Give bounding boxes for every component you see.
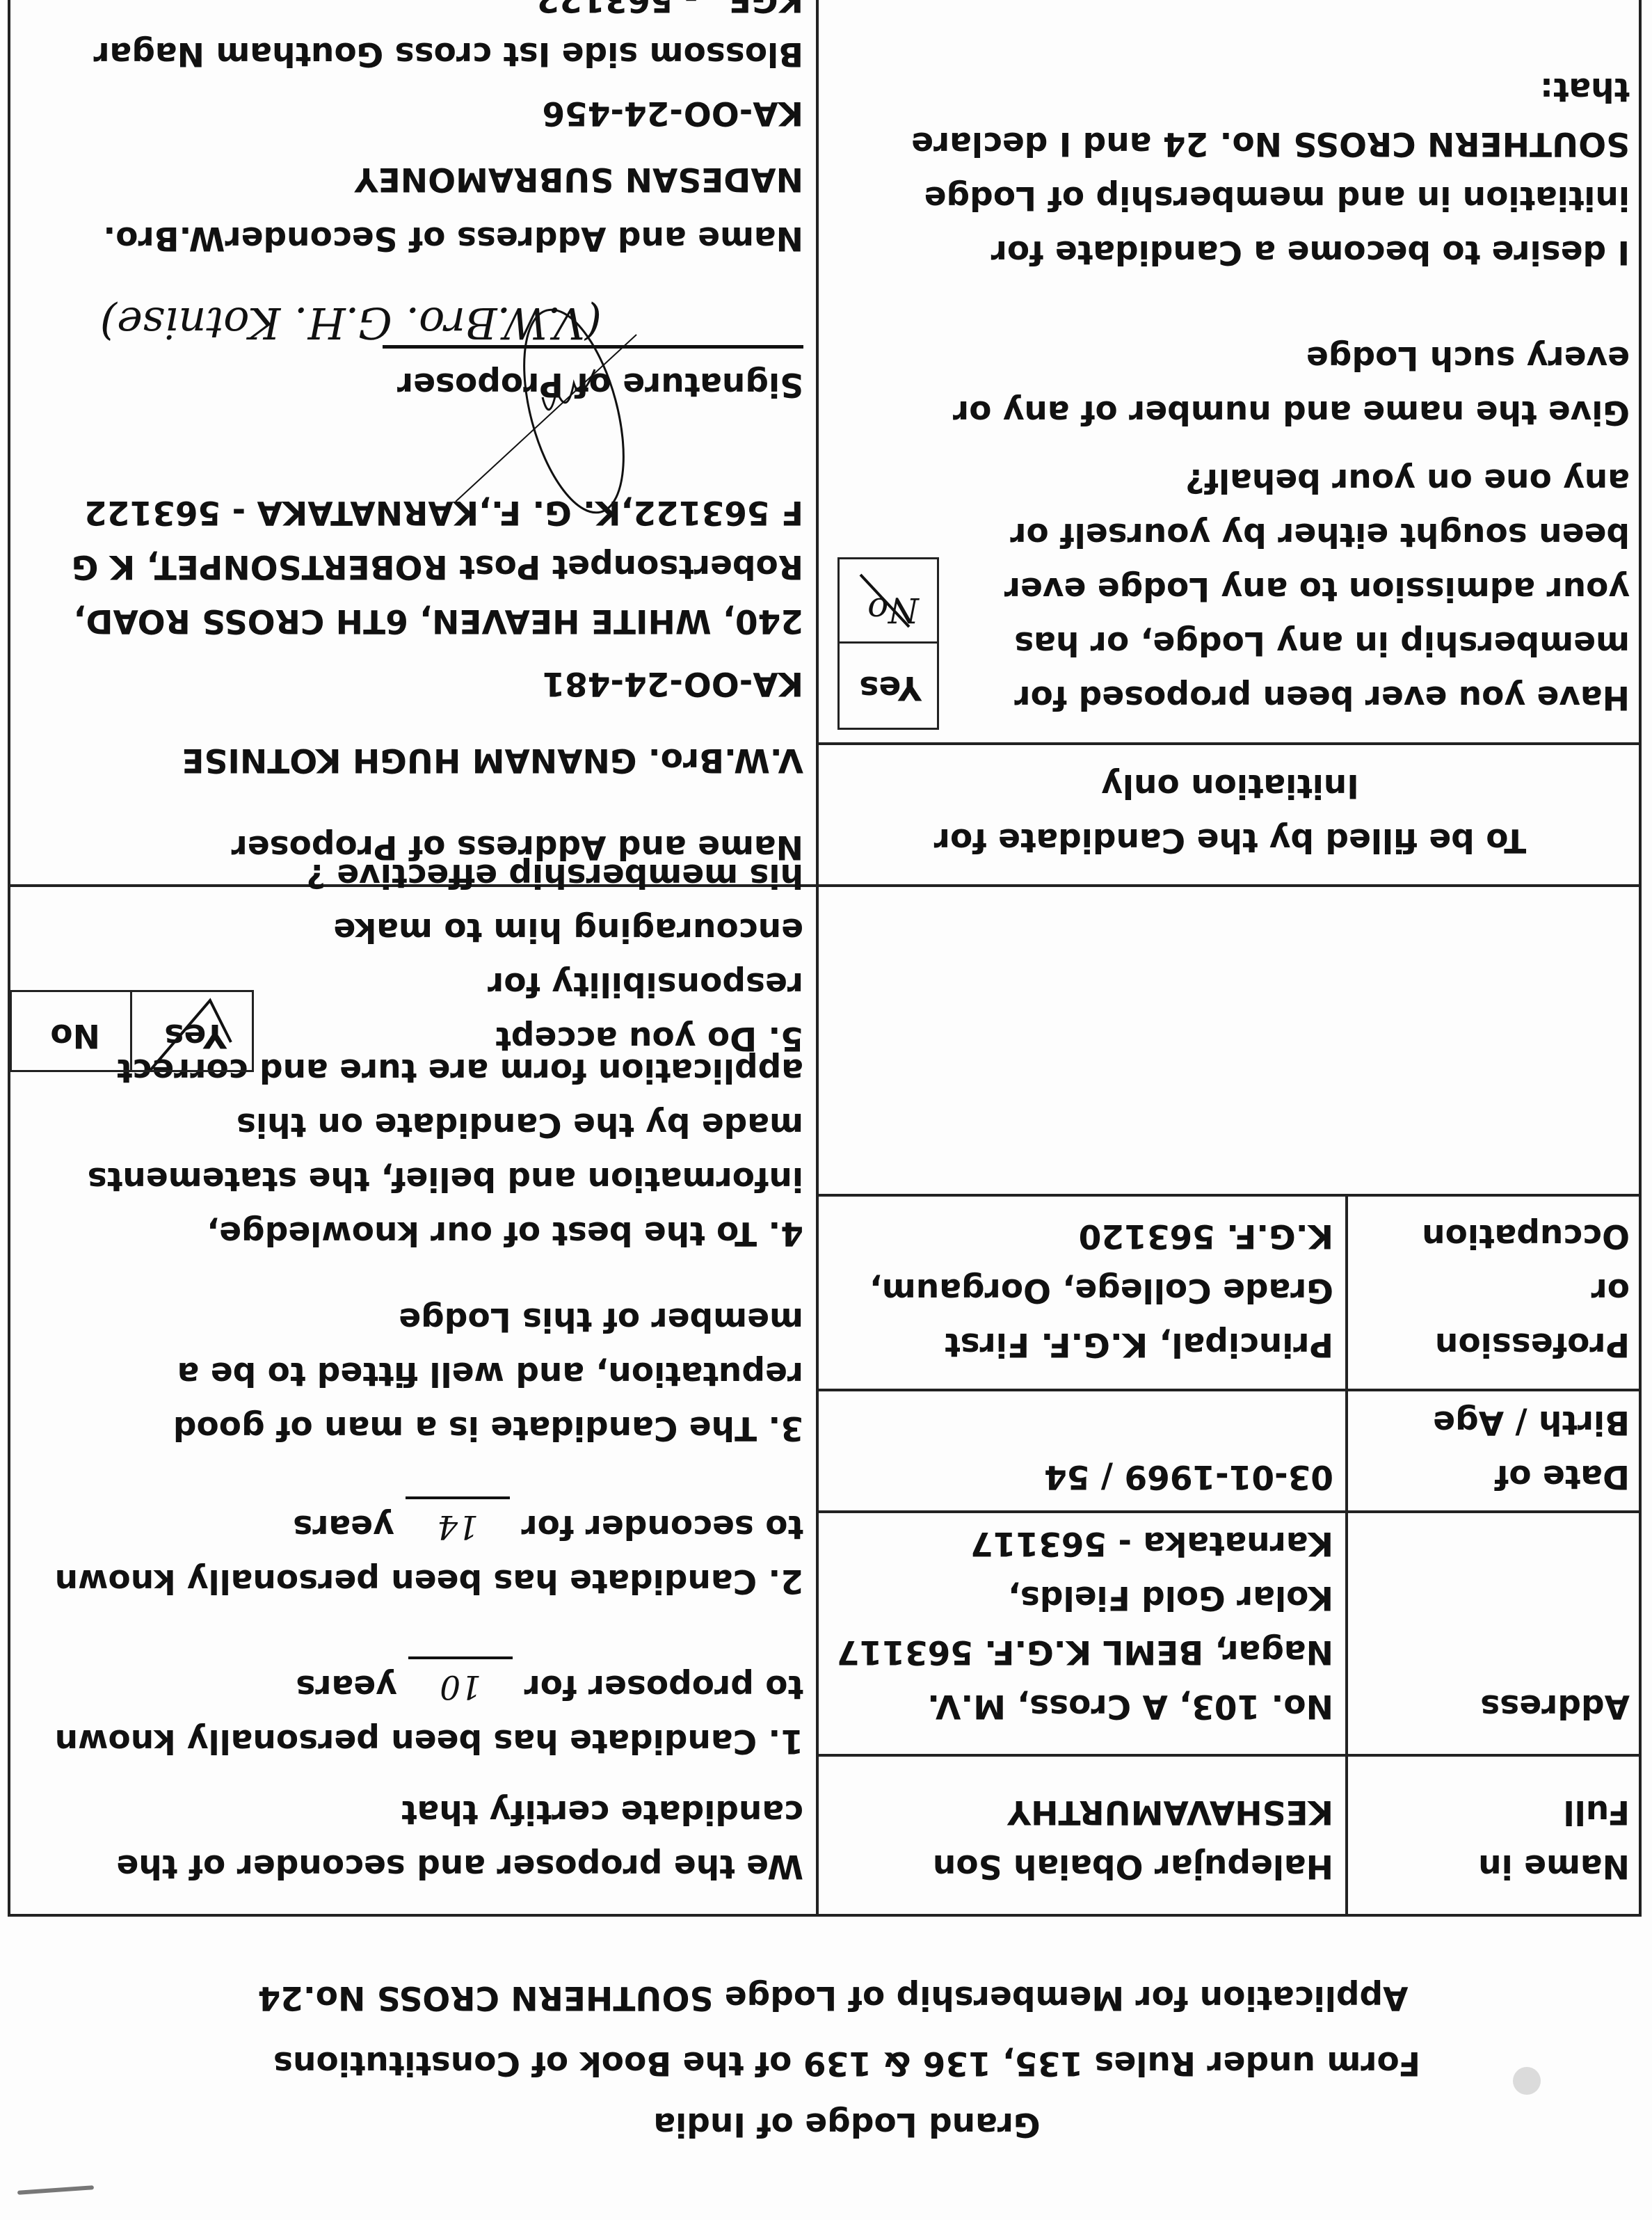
seconder-address: Blossom side Ist cross Goutham NagarKGF,…: [93, 0, 803, 81]
certification-item-4: 4. To the best of our knowledge,informat…: [88, 1043, 803, 1260]
application-form-page: Grand Lodge of India Form under Rules 13…: [0, 0, 1652, 2220]
table-right-border: [8, 0, 10, 1917]
column-divider: [816, 0, 819, 1917]
initiation-heading-divider: [819, 742, 1642, 745]
prior-proposal-yes-option[interactable]: Yes: [859, 669, 922, 707]
proposer-handwritten-name: (V.W.Bro. G.H. Kotnise): [100, 298, 602, 349]
seconder-years-field[interactable]: 14: [406, 1496, 510, 1554]
certification-item-5: 5. Do you acceptresponsibility forencour…: [307, 848, 803, 1065]
table-left-border: [1639, 0, 1642, 1917]
row-divider: [819, 1754, 1642, 1757]
certification-item-3: 3. The Candidate is a man of goodreputat…: [173, 1292, 803, 1455]
seconder-label: Name and Address of SeconderW.Bro.: [103, 211, 803, 265]
seconder-name: NADESAN SUBRAMONEY: [355, 152, 803, 206]
proposer-years-field[interactable]: 10: [408, 1656, 513, 1714]
address-label: Address: [1480, 1679, 1630, 1733]
initiation-heading: To be filled by the Candidate forInitiat…: [819, 758, 1642, 867]
profession-label: ProfessionorOccupation: [1422, 1208, 1630, 1371]
strike-mark-icon: [847, 564, 916, 641]
accept-responsibility-choice: Yes No: [10, 990, 254, 1072]
form-rules-subtitle: Form under Rules 135, 136 & 139 of the B…: [21, 2044, 1652, 2082]
application-title: Application for Membership of Lodge SOUT…: [7, 1979, 1652, 2017]
checkmark-icon: [141, 992, 238, 1070]
row-divider: [819, 1389, 1642, 1391]
accept-no-option[interactable]: No: [50, 1016, 100, 1055]
section-divider: [10, 884, 1642, 887]
prior-proposal-choice: Yes No: [837, 557, 939, 730]
grand-lodge-title: Grand Lodge of India: [21, 2105, 1652, 2143]
signature-of-proposer-label: Signature of Proposer: [397, 357, 803, 411]
dob-label: Date ofBirth / Age: [1433, 1395, 1630, 1503]
staple-mark: [17, 2185, 94, 2195]
certification-item-2: 2. Candidate has been personally knownto…: [55, 1496, 803, 1608]
prior-proposal-question: Have you ever been proposed formembershi…: [1004, 453, 1630, 724]
seconder-reg-no: KA-OO-24-456: [542, 86, 803, 140]
name-value: Halepujar Obaiah SonKESHAVAMURTHY: [933, 1784, 1333, 1893]
proposer-label: Name and Address of Proposer: [232, 820, 803, 874]
certification-item-1: 1. Candidate has been personally knownto…: [55, 1656, 803, 1768]
dob-value: 03-01-1969 / 54: [1044, 1449, 1333, 1503]
label-column-divider: [1345, 1197, 1348, 1917]
lodge-name-number-question: Give the name and number of any orevery …: [953, 330, 1630, 439]
scan-smudge: [1513, 2067, 1541, 2095]
table-top-border: [8, 1914, 1642, 1917]
candidate-declaration: I desire to become a Candidate forinitia…: [911, 62, 1630, 279]
row-divider: [819, 1510, 1642, 1513]
proposer-reg-no: KA-OO-24-481: [542, 656, 803, 710]
name-label: Name inFull: [1478, 1784, 1630, 1893]
address-value: No. 103, A Cross, M.V.Nagar, BEML K.G.F.…: [837, 1516, 1333, 1733]
certification-intro: We the proposer and seconder of thecandi…: [116, 1784, 803, 1893]
proposer-name: V.W.Bro. GNANAM HUGH KOTNISE: [182, 733, 803, 787]
profession-value: Principal, K.G.F. FirstGrade College, Oo…: [869, 1208, 1333, 1371]
row-divider: [819, 1194, 1642, 1197]
